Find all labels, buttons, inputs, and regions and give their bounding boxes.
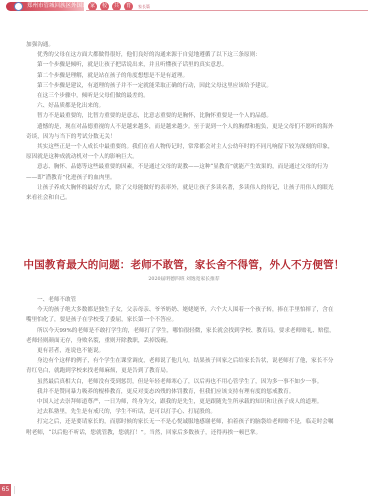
paragraph: 第三个步骤是建议，有道理的孩子并不一定就能采取正确的行动，因此父母这里应该给予建… — [26, 81, 336, 91]
section-2-body: 一、老师不敢管 今天的孩子绝大多数都是独生子女，父亲母亲、爷爷奶奶、姥姥姥爷，六… — [26, 295, 336, 438]
paragraph: 虽然最后真相大白，老师没有受到惩罚，但是年轻老师寒心了，以后再也不用心管学生了，… — [26, 377, 336, 387]
school-logo-icon — [14, 2, 23, 11]
paragraph: 中国人过去崇拜师道尊严，一日为师，终身为父，跟我的是先生，更是跟随先生所承载的知… — [26, 397, 336, 407]
paragraph: 第二个步骤是理解，就是站在孩子的角度想想是不是有道理。 — [26, 71, 336, 81]
paragraph: 其实这些正是一个人成长中最重要的。我们在看人物传记时，常常都会对主人公幼年时的不… — [26, 142, 336, 162]
paragraph: 加强沟通。 — [26, 40, 336, 50]
paragraph: 打完之后，还是要请家长的，而那时候的家长无一不是心悦诚服地感谢老师，拍着孩子的脑… — [26, 417, 336, 437]
section-1-body: 加强沟通。 优秀的父母在这方面大都做得很好，他们良好的沟通来源于自觉地遵循了以下… — [26, 40, 336, 203]
paragraph: 今天的孩子绝大多数都是独生子女，父亲母亲、爷爷奶奶、姥姥姥爷，六个大人围着一个孩… — [26, 305, 336, 325]
article-subtitle: 2020届明德四班 刘逸宽家长推荐 — [0, 275, 368, 282]
paragraph: 六、好品质都是化出来的。 — [26, 101, 336, 111]
paragraph: 智力不是最重要的，比智力重要的是意志，比意志重要的是胸怀，比胸怀重要是一个人的品… — [26, 111, 336, 121]
paragraph: 优秀的父母在这方面大都做得很好，他们良好的沟通来源于自觉地遵循了以下这三条原则： — [26, 50, 336, 60]
column-label: 家长篇 — [138, 4, 150, 10]
paragraph: 遗憾的是，现在对品德重视的人不是越来越多，而是越来越少。至于说到一个人的胸襟和抱… — [26, 122, 336, 142]
paragraph: 所以今天99%的老师是不敢打学生的，老师打了学生，哪怕很轻微，家长就会找到学校、… — [26, 326, 336, 346]
header-rule — [86, 10, 368, 11]
article-title: 中国教育最大的问题：老师不敢管，家长舍不得管，外人不方便管！ — [0, 257, 368, 272]
paragraph: 第一个步骤是倾听，就是让孩子把话说出来，并且听懂孩子话里的真实意思。 — [26, 60, 336, 70]
section-heading: 一、老师不敢管 — [26, 295, 336, 305]
paragraph: 让孩子养成大胸怀的最好方式，除了父母能做好的表率外，就是让孩子多读名著，多读伟人… — [26, 183, 336, 203]
paragraph: 在这三个步骤中，倾听是父母们做的最差的。 — [26, 91, 336, 101]
page-header: 郑州市管城回族区外国语小学 家 校 共 育 家长篇 — [0, 0, 368, 14]
paragraph: 我并不是赞同暴力吸养的棍棒教育，更反对变态凶残的体罚教育，但我们应该支持有理有度… — [26, 387, 336, 397]
paragraph: 过去私塾里，先生是有戒尺的，学生不听话，是可以打手心、打屁股的。 — [26, 407, 336, 417]
paragraph: 身边有个这样的例子，有个学生在课堂调皮，老师说了他几句，结果孩子回家之后给家长告… — [26, 356, 336, 376]
paragraph: 意志、胸怀、品德等这些最重要的因素，不是通过父母的说教——这种“显教育”就能产生… — [26, 162, 336, 182]
paragraph: 更有甚者，连说也不能说。 — [26, 346, 336, 356]
page-number: 65 — [0, 484, 11, 496]
page-number-divider — [14, 486, 15, 494]
